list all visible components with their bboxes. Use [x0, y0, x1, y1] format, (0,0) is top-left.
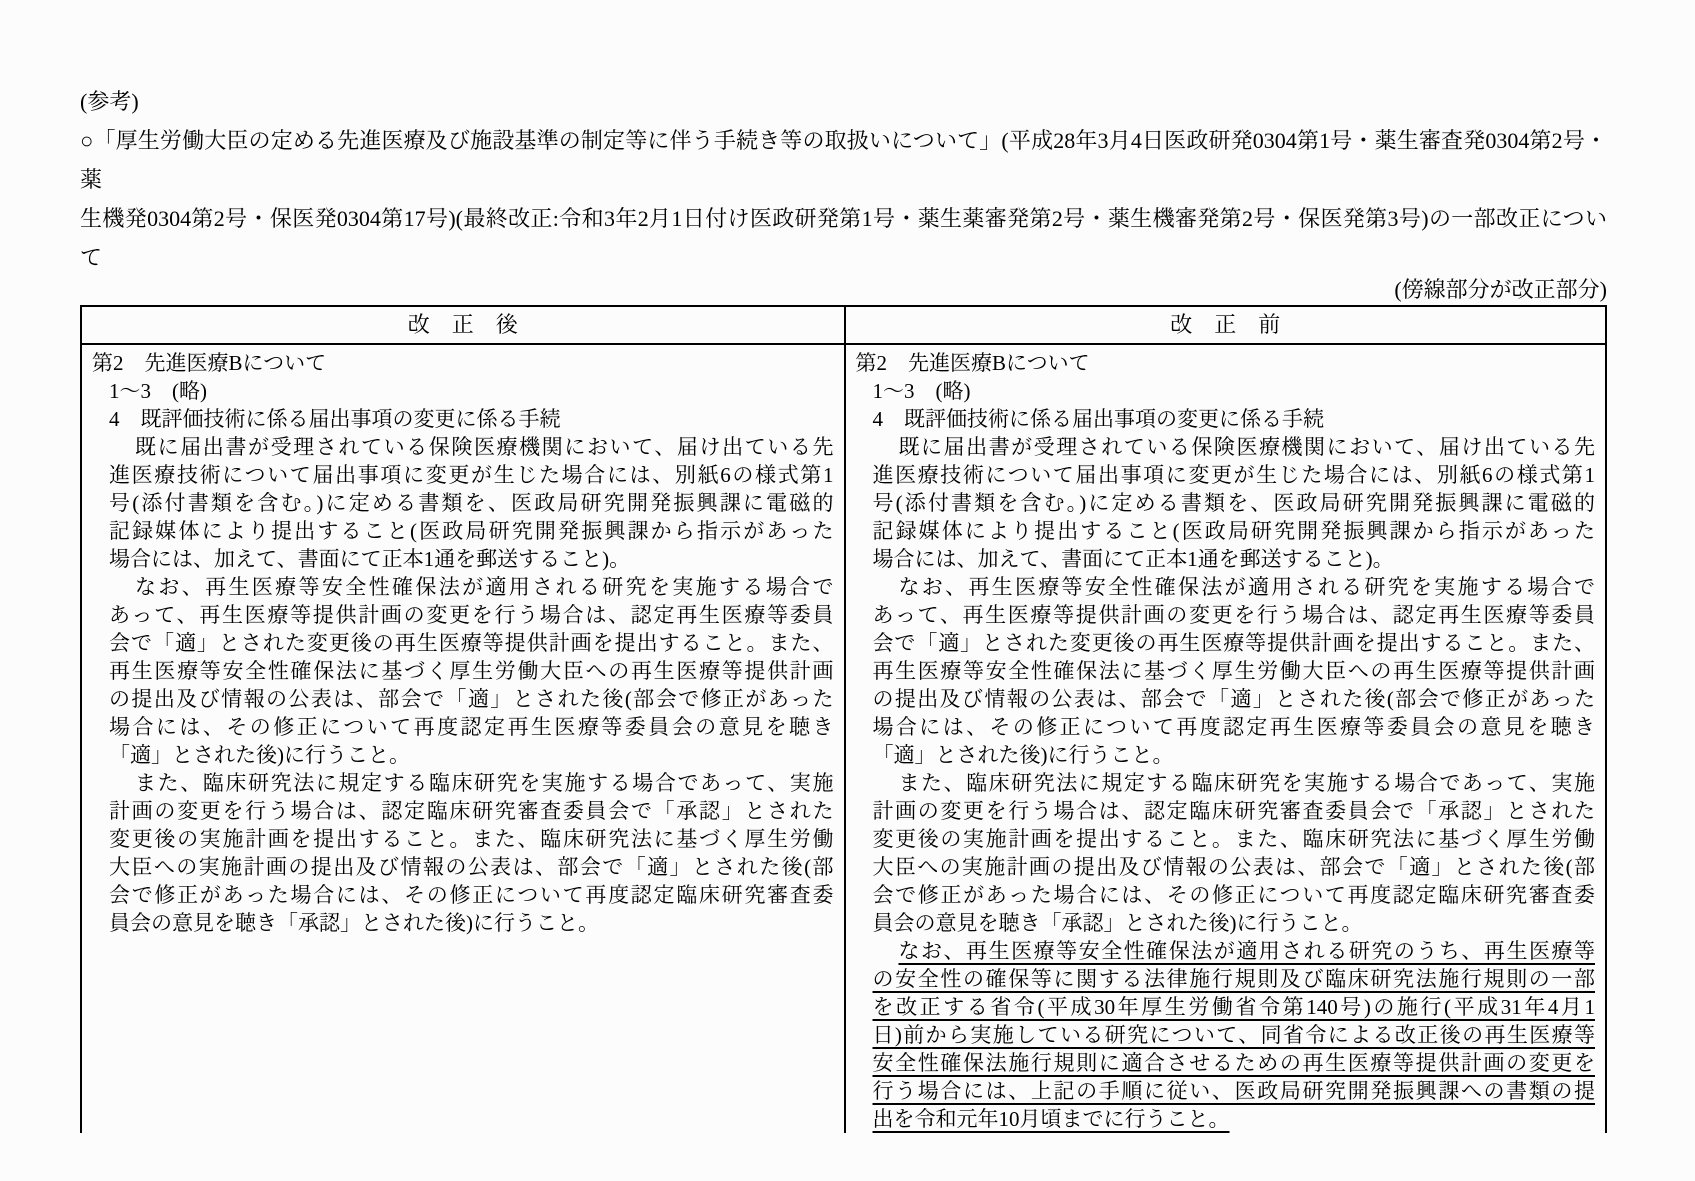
text-line: 再生医療等安全性確保法に基づく厚生労働大臣への再生医療等提供計画	[856, 657, 1596, 685]
after-column: 第2 先進医療Bについて1〜3 (略)4 既評価技術に係る届出事項の変更に係る手…	[82, 345, 844, 1133]
text-line: 4 既評価技術に係る届出事項の変更に係る手続	[856, 405, 1596, 433]
text-line: 行う場合には、上記の手順に従い、医政局研究開発振興課への書類の提	[856, 1077, 1596, 1105]
text-line: 安全性確保法施行規則に適合させるための再生医療等提供計画の変更を	[856, 1049, 1596, 1077]
text-line: 変更後の実施計画を提出すること。また、臨床研究法に基づく厚生労働	[92, 825, 834, 853]
comparison-table: 改 正 後 改 正 前 第2 先進医療Bについて1〜3 (略)4 既評価技術に係…	[80, 305, 1607, 1133]
text-line: 「適」とされた後)に行うこと。	[856, 741, 1596, 769]
text-line: 既に届出書が受理されている保険医療機関において、届け出ている先	[92, 433, 834, 461]
text-line: の安全性の確保等に関する法律施行規則及び臨床研究法施行規則の一部	[856, 965, 1596, 993]
text-line: の提出及び情報の公表は、部会で「適」とされた後(部会で修正があった	[856, 685, 1596, 713]
intro-paragraph: ○「厚生労働大臣の定める先進医療及び施設基準の制定等に伴う手続き等の取扱いについ…	[80, 121, 1607, 277]
text-line: あって、再生医療等提供計画の変更を行う場合は、認定再生医療等委員	[92, 601, 834, 629]
text-line: 号(添付書類を含む。)に定める書類を、医政局研究開発振興課に電磁的	[856, 489, 1596, 517]
text-line: また、臨床研究法に規定する臨床研究を実施する場合であって、実施	[92, 769, 834, 797]
text-line: あって、再生医療等提供計画の変更を行う場合は、認定再生医療等委員	[856, 601, 1596, 629]
reference-label: (参考)	[80, 82, 1607, 121]
text-line: 員会の意見を聴き「承認」とされた後)に行うこと。	[92, 909, 834, 937]
text-line: 第2 先進医療Bについて	[92, 349, 834, 377]
text-line: 計画の変更を行う場合は、認定臨床研究審査委員会で「承認」とされた	[856, 797, 1596, 825]
text-line: 変更後の実施計画を提出すること。また、臨床研究法に基づく厚生労働	[856, 825, 1596, 853]
text-line: 生機発0304第2号・保医発0304第17号)(最終改正:令和3年2月1日付け医…	[80, 199, 1607, 238]
column-header-after: 改 正 後	[82, 307, 844, 343]
text-line: 会で修正があった場合には、その修正について再度認定臨床研究審査委	[856, 881, 1596, 909]
text-line: 進医療技術について届出事項に変更が生じた場合には、別紙6の様式第1	[92, 461, 834, 489]
text-line: 日)前から実施している研究について、同省令による改正後の再生医療等	[856, 1021, 1596, 1049]
text-line: 場合には、その修正について再度認定再生医療等委員会の意見を聴き	[856, 713, 1596, 741]
text-line: の提出及び情報の公表は、部会で「適」とされた後(部会で修正があった	[92, 685, 834, 713]
text-line: を改正する省令(平成30年厚生労働省令第140号)の施行(平成31年4月1	[856, 993, 1596, 1021]
text-line: 4 既評価技術に係る届出事項の変更に係る手続	[92, 405, 834, 433]
text-line: 員会の意見を聴き「承認」とされた後)に行うこと。	[856, 909, 1596, 937]
column-header-before: 改 正 前	[844, 307, 1606, 343]
text-line: なお、再生医療等安全性確保法が適用される研究のうち、再生医療等	[856, 937, 1596, 965]
text-line: 「適」とされた後)に行うこと。	[92, 741, 834, 769]
text-line: 場合には、加えて、書面にて正本1通を郵送すること)。	[92, 545, 834, 573]
text-line: 記録媒体により提出すること(医政局研究開発振興課から指示があった	[92, 517, 834, 545]
text-line: 第2 先進医療Bについて	[856, 349, 1596, 377]
before-column: 第2 先進医療Bについて1〜3 (略)4 既評価技術に係る届出事項の変更に係る手…	[844, 345, 1606, 1133]
comparison-table-header: 改 正 後 改 正 前	[82, 307, 1605, 345]
text-line: 既に届出書が受理されている保険医療機関において、届け出ている先	[856, 433, 1596, 461]
text-line: 出を令和元年10月頃までに行うこと。	[856, 1105, 1596, 1133]
text-line: 号(添付書類を含む。)に定める書類を、医政局研究開発振興課に電磁的	[92, 489, 834, 517]
text-line: て	[80, 238, 1607, 277]
text-line: また、臨床研究法に規定する臨床研究を実施する場合であって、実施	[856, 769, 1596, 797]
text-line: 場合には、加えて、書面にて正本1通を郵送すること)。	[856, 545, 1596, 573]
revision-note: (傍線部分が改正部分)	[80, 277, 1607, 303]
text-line: 計画の変更を行う場合は、認定臨床研究審査委員会で「承認」とされた	[92, 797, 834, 825]
text-line: 大臣への実施計画の提出及び情報の公表は、部会で「適」とされた後(部	[856, 853, 1596, 881]
text-line: 会で修正があった場合には、その修正について再度認定臨床研究審査委	[92, 881, 834, 909]
text-line: ○「厚生労働大臣の定める先進医療及び施設基準の制定等に伴う手続き等の取扱いについ…	[80, 121, 1607, 199]
text-line: 会で「適」とされた変更後の再生医療等提供計画を提出すること。また、	[856, 629, 1596, 657]
text-line: 記録媒体により提出すること(医政局研究開発振興課から指示があった	[856, 517, 1596, 545]
text-line: 大臣への実施計画の提出及び情報の公表は、部会で「適」とされた後(部	[92, 853, 834, 881]
text-line: 進医療技術について届出事項に変更が生じた場合には、別紙6の様式第1	[856, 461, 1596, 489]
text-line: 会で「適」とされた変更後の再生医療等提供計画を提出すること。また、	[92, 629, 834, 657]
text-line: なお、再生医療等安全性確保法が適用される研究を実施する場合で	[92, 573, 834, 601]
comparison-table-body: 第2 先進医療Bについて1〜3 (略)4 既評価技術に係る届出事項の変更に係る手…	[82, 345, 1605, 1133]
text-line: 1〜3 (略)	[92, 377, 834, 405]
text-line: 再生医療等安全性確保法に基づく厚生労働大臣への再生医療等提供計画	[92, 657, 834, 685]
text-line: 場合には、その修正について再度認定再生医療等委員会の意見を聴き	[92, 713, 834, 741]
text-line: 1〜3 (略)	[856, 377, 1596, 405]
document-page: (参考) ○「厚生労働大臣の定める先進医療及び施設基準の制定等に伴う手続き等の取…	[0, 0, 1695, 1133]
text-line: なお、再生医療等安全性確保法が適用される研究を実施する場合で	[856, 573, 1596, 601]
